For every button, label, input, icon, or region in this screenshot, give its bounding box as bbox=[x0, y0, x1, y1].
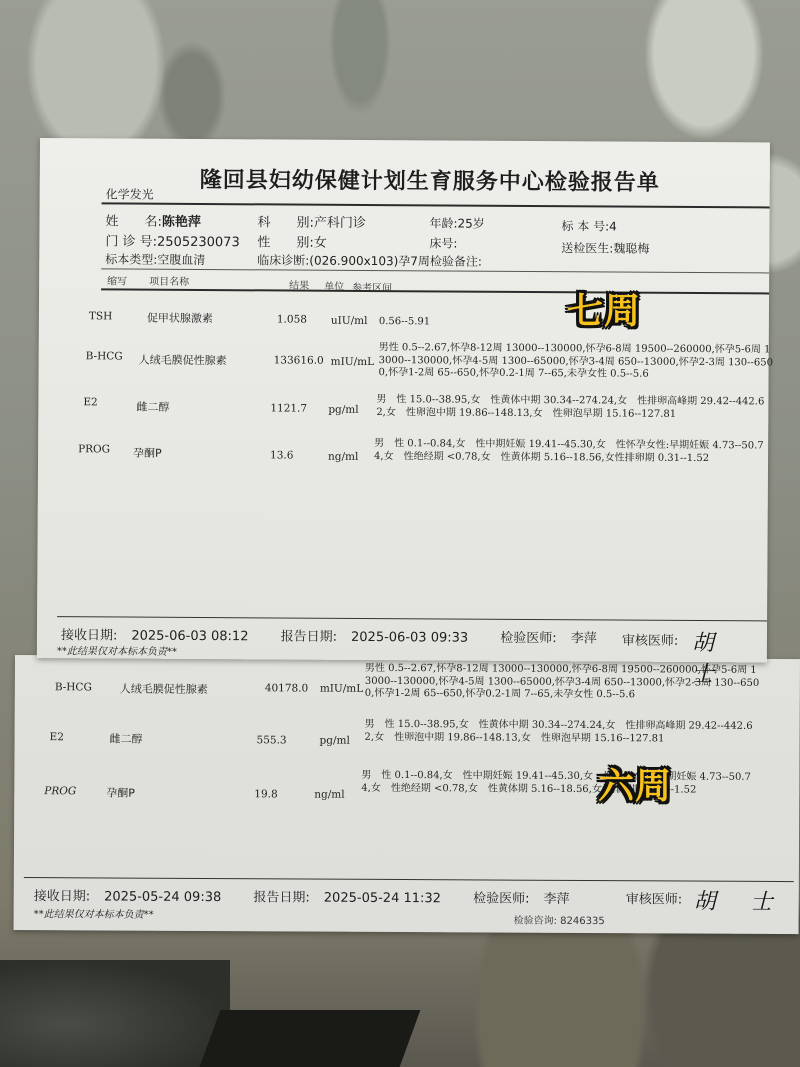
disclaimer-note: **此结果仅对本标本负责** bbox=[34, 905, 154, 921]
row-abbr: B-HCG bbox=[86, 350, 123, 362]
row-unit: pg/ml bbox=[320, 735, 350, 747]
report-sheet-week7: 隆回县妇幼保健计划生育服务中心检验报告单 化学发光 姓 名:陈艳萍 门 诊 号:… bbox=[37, 138, 770, 662]
dept-field: 科 别:产科门诊 bbox=[257, 211, 366, 231]
footer-divider bbox=[57, 616, 767, 621]
row-result: 1121.7 bbox=[270, 402, 307, 414]
row-result: 555.3 bbox=[257, 734, 287, 746]
row-unit: mIU/mL bbox=[331, 356, 374, 368]
disclaimer-note: **此结果仅对本标本负责** bbox=[57, 642, 177, 658]
week7-sticker-label: 七周 bbox=[567, 283, 641, 334]
clinic-no-field: 门 诊 号:2505230073 bbox=[105, 230, 239, 250]
row-name: 孕酮P bbox=[133, 445, 162, 461]
age: 25岁 bbox=[457, 217, 484, 231]
week6-sticker-label: 六周 bbox=[598, 758, 672, 809]
dept-label: 科 别: bbox=[257, 215, 313, 230]
background-cloth-shadow bbox=[0, 960, 230, 1067]
report-title: 隆回县妇幼保健计划生育服务中心检验报告单 bbox=[200, 163, 660, 197]
row-abbr: PROG bbox=[44, 785, 76, 797]
consult-phone: 检验咨询: 8246335 bbox=[514, 912, 605, 927]
row-reference: 男 性 15.0--38.95,女 性黄体中期 30.34--274.24,女 … bbox=[376, 394, 771, 421]
reported-label: 报告日期: bbox=[253, 890, 309, 905]
row-abbr: E2 bbox=[50, 731, 64, 743]
bed-label: 床号: bbox=[429, 236, 457, 250]
sex-field: 性 别:女 bbox=[257, 231, 327, 250]
doctor-label: 送检医生: bbox=[561, 241, 613, 255]
specimen-type: 空腹血清 bbox=[157, 253, 205, 267]
patient-name: 陈艳萍 bbox=[162, 215, 201, 230]
report-footer: 接收日期:2025-05-24 09:38 报告日期:2025-05-24 11… bbox=[34, 885, 598, 907]
specimen-type-field: 标本类型:空腹血清 bbox=[105, 250, 205, 268]
patient-name-field: 姓 名:陈艳萍 bbox=[105, 210, 201, 230]
row-unit: pg/ml bbox=[328, 404, 358, 416]
row-result: 133616.0 bbox=[274, 354, 324, 366]
row-unit: ng/ml bbox=[328, 451, 358, 463]
doctor: 魏聪梅 bbox=[613, 242, 649, 256]
row-result: 1.058 bbox=[277, 313, 307, 325]
clinic-no-label: 门 诊 号: bbox=[105, 234, 157, 249]
footer-divider bbox=[24, 877, 794, 882]
row-reference: 男 性 0.1--0.84,女 性中期妊娠 19.41--45.30,女 性怀孕… bbox=[361, 770, 756, 797]
row-abbr: B-HCG bbox=[55, 681, 92, 693]
row-unit: mIU/mL bbox=[320, 683, 363, 695]
row-abbr: PROG bbox=[78, 443, 110, 455]
table-header-divider bbox=[101, 288, 769, 294]
row-abbr: TSH bbox=[89, 310, 112, 322]
row-unit: uIU/ml bbox=[331, 315, 368, 327]
patient-name-label: 姓 名: bbox=[105, 214, 161, 229]
row-name: 雌二醇 bbox=[136, 399, 169, 415]
received-label: 接收日期: bbox=[34, 889, 90, 904]
header-divider bbox=[102, 202, 770, 208]
age-label: 年龄: bbox=[429, 216, 457, 230]
clinic-no: 2505230073 bbox=[157, 235, 240, 251]
col-header-name: 项目名称 bbox=[149, 273, 189, 288]
sample-no: 4 bbox=[609, 219, 617, 233]
age-field: 年龄:25岁 bbox=[429, 214, 484, 231]
row-reference: 男 性 0.1--0.84,女 性中期妊娠 19.41--45.30,女 性怀孕… bbox=[374, 438, 769, 465]
tester-name: 李萍 bbox=[571, 631, 597, 646]
specimen-type-label: 标本类型: bbox=[105, 252, 157, 266]
doctor-field: 送检医生:魏聪梅 bbox=[561, 239, 649, 257]
reviewer-label: 审核医师: bbox=[622, 630, 679, 649]
diagnosis: (026.900x103)孕7周 bbox=[309, 254, 430, 269]
sex: 女 bbox=[314, 236, 327, 251]
row-name: 人绒毛膜促性腺素 bbox=[139, 352, 227, 369]
diagnosis-label: 临床诊断: bbox=[257, 253, 309, 267]
sample-no-label: 标 本 号: bbox=[561, 219, 609, 233]
test-method: 化学发光 bbox=[106, 185, 154, 202]
reported-label: 报告日期: bbox=[281, 629, 337, 644]
reviewer-signature: 胡 士 bbox=[694, 885, 787, 916]
tester-name: 李萍 bbox=[543, 892, 569, 907]
row-name: 人绒毛膜促性腺素 bbox=[120, 681, 208, 697]
row-result: 40178.0 bbox=[265, 682, 308, 694]
received-label: 接收日期: bbox=[61, 628, 117, 643]
diagnosis-field: 临床诊断:(026.900x103)孕7周检验备注: bbox=[257, 251, 482, 269]
row-result: 19.8 bbox=[254, 788, 277, 800]
sex-label: 性 别: bbox=[257, 235, 313, 250]
report-sheet-week6: B-HCG 人绒毛膜促性腺素 40178.0 mIU/mL 男性 0.5--2.… bbox=[14, 655, 800, 934]
reviewer-label: 审核医师: bbox=[626, 888, 682, 907]
col-header-abbr: 缩写 bbox=[107, 272, 127, 287]
reported-date: 2025-06-03 09:33 bbox=[351, 630, 468, 646]
dept: 产科门诊 bbox=[314, 216, 366, 231]
bed-field: 床号: bbox=[429, 234, 457, 251]
reported-date: 2025-05-24 11:32 bbox=[324, 891, 441, 907]
received-date: 2025-05-24 09:38 bbox=[104, 889, 221, 905]
tester-label: 检验医师: bbox=[500, 631, 556, 646]
sample-no-field: 标 本 号:4 bbox=[561, 217, 616, 234]
row-unit: ng/ml bbox=[314, 789, 344, 801]
reviewer-signature: 胡 士 bbox=[692, 626, 767, 688]
col-header-reference: 参考区间 bbox=[352, 279, 392, 294]
row-reference: 男性 0.5--2.67,怀孕8-12周 13000--130000,怀孕6-8… bbox=[379, 342, 774, 382]
row-name: 雌二醇 bbox=[110, 730, 143, 746]
remark-label: 检验备注: bbox=[430, 254, 482, 268]
row-reference: 男 性 15.0--38.95,女 性黄体中期 30.34--274.24,女 … bbox=[365, 719, 760, 746]
background-dark-fold bbox=[200, 1010, 421, 1067]
row-name: 促甲状腺激素 bbox=[147, 310, 213, 326]
row-abbr: E2 bbox=[83, 396, 97, 408]
row-result: 13.6 bbox=[270, 449, 293, 461]
tester-label: 检验医师: bbox=[473, 891, 529, 906]
row-name: 孕酮P bbox=[106, 784, 135, 800]
